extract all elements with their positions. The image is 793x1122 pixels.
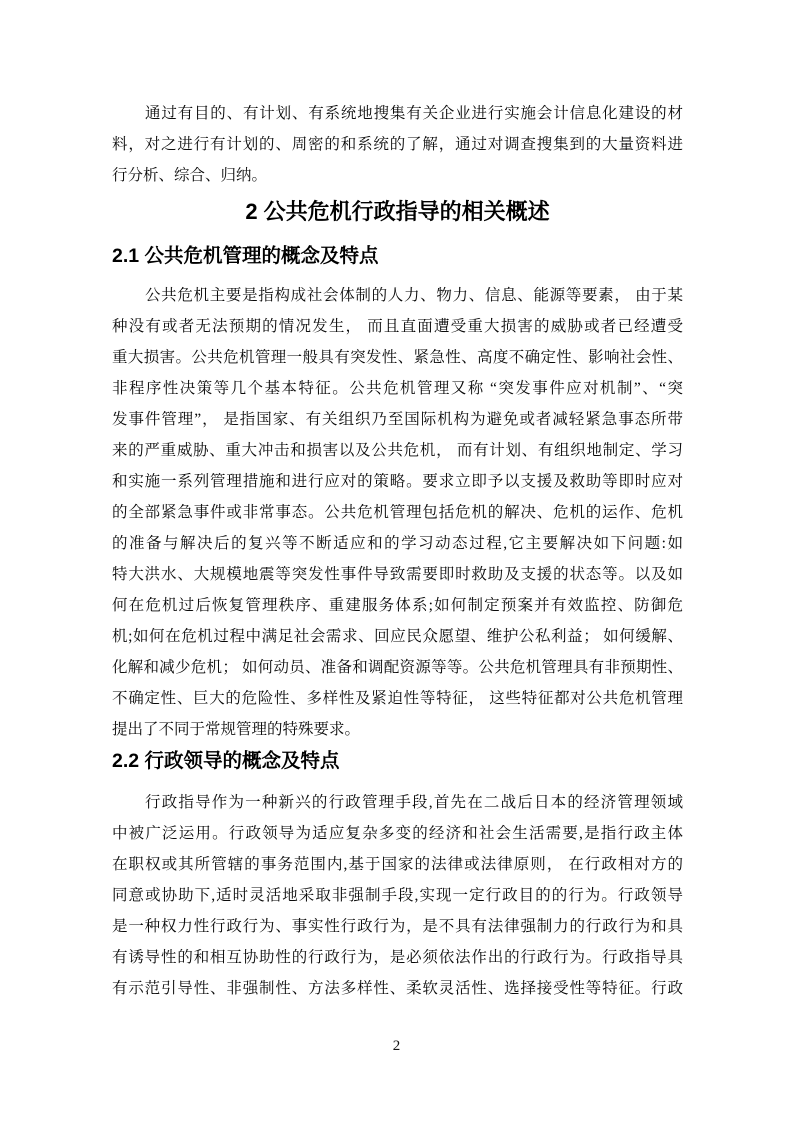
paragraph-line: 行政指导作为一种新兴的行政管理手段,首先在二战后日本的经济管理领域	[112, 787, 683, 818]
paragraph-line: 料，对之进行有计划的、周密的和系统的了解，通过对调查搜集到的大量资料进	[112, 129, 683, 160]
section-heading-2-2: 2.2 行政领导的概念及特点	[112, 745, 683, 777]
document-page: 通过有目的、有计划、有系统地搜集有关企业进行实施会计信息化建设的材 料，对之进行…	[0, 0, 793, 1122]
paragraph-line: 通过有目的、有计划、有系统地搜集有关企业进行实施会计信息化建设的材	[112, 98, 683, 129]
paragraph-line: 和实施一系列管理措施和进行应对的策略。要求立即予以支援及救助等即时应对	[112, 466, 683, 497]
paragraph-line: 有示范引导性、非强制性、方法多样性、柔软灵活性、选择接受性等特征。行政	[112, 973, 683, 1004]
intro-paragraph: 通过有目的、有计划、有系统地搜集有关企业进行实施会计信息化建设的材 料，对之进行…	[112, 98, 683, 191]
paragraph-line: 公共危机主要是指构成社会体制的人力、物力、信息、能源等要素， 由于某	[112, 280, 683, 311]
paragraph-line: 发事件管理”， 是指国家、有关组织乃至国际机构为避免或者减轻紧急事态所带	[112, 404, 683, 435]
paragraph-line: 种没有或者无法预期的情况发生， 而且直面遭受重大损害的威胁或者已经遭受	[112, 311, 683, 342]
paragraph-line: 同意或协助下,适时灵活地采取非强制手段,实现一定行政目的的行为。行政领导	[112, 880, 683, 911]
section-heading-2-1: 2.1 公共危机管理的概念及特点	[112, 240, 683, 272]
paragraph-line: 在职权或其所管辖的事务范围内,基于国家的法律或法律原则， 在行政相对方的	[112, 849, 683, 880]
paragraph-line: 不确定性、巨大的危险性、多样性及紧迫性等特征， 这些特征都对公共危机管理	[112, 683, 683, 714]
paragraph-line: 机;如何在危机过程中满足社会需求、回应民众愿望、维护公私利益； 如何缓解、	[112, 621, 683, 652]
paragraph-line: 是一种权力性行政行为、事实性行政行为，是不具有法律强制力的行政行为和具	[112, 911, 683, 942]
paragraph-line: 行分析、综合、归纳。	[112, 160, 683, 191]
section-2-1-paragraph: 公共危机主要是指构成社会体制的人力、物力、信息、能源等要素， 由于某 种没有或者…	[112, 280, 683, 745]
section-2-2-paragraph: 行政指导作为一种新兴的行政管理手段,首先在二战后日本的经济管理领域 中被广泛运用…	[112, 787, 683, 1004]
paragraph-line: 的全部紧急事件或非常事态。公共危机管理包括危机的解决、危机的运作、危机	[112, 497, 683, 528]
paragraph-line: 来的严重威胁、重大冲击和损害以及公共危机， 而有计划、有组织地制定、学习	[112, 435, 683, 466]
chapter-heading: 2 公共危机行政指导的相关概述	[112, 196, 683, 228]
paragraph-line: 化解和减少危机； 如何动员、准备和调配资源等等。公共危机管理具有非预期性、	[112, 652, 683, 683]
paragraph-line: 有诱导性的和相互协助性的行政行为，是必须依法作出的行政行为。行政指导具	[112, 942, 683, 973]
paragraph-line: 中被广泛运用。行政领导为适应复杂多变的经济和社会生活需要,是指行政主体	[112, 818, 683, 849]
page-number: 2	[0, 1036, 793, 1056]
paragraph-line: 的准备与解决后的复兴等不断适应和的学习动态过程,它主要解决如下问题:如	[112, 528, 683, 559]
paragraph-line: 提出了不同于常规管理的特殊要求。	[112, 714, 683, 745]
paragraph-line: 何在危机过后恢复管理秩序、重建服务体系;如何制定预案并有效监控、防御危	[112, 590, 683, 621]
paragraph-line: 非程序性决策等几个基本特征。公共危机管理又称 “突发事件应对机制”、“突	[112, 373, 683, 404]
paragraph-line: 重大损害。公共危机管理一般具有突发性、紧急性、高度不确定性、影响社会性、	[112, 342, 683, 373]
paragraph-line: 特大洪水、大规模地震等突发性事件导致需要即时救助及支援的状态等。以及如	[112, 559, 683, 590]
